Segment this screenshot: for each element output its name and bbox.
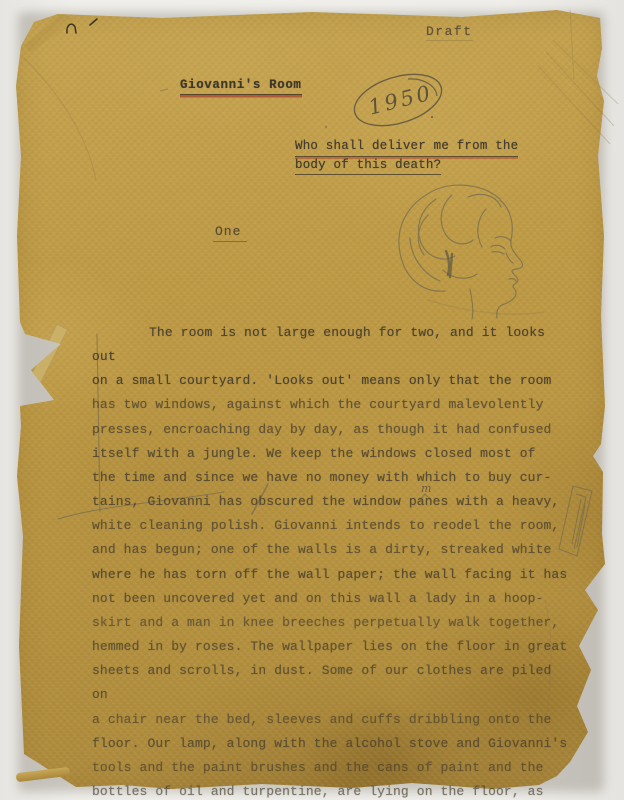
epigraph-line-2: body of this death? <box>295 157 441 176</box>
body-line: white cleaning polish. Giovanni intends … <box>92 514 570 538</box>
body-line: tools and the paint brushes and the cans… <box>92 756 570 780</box>
body-line: has two windows, against which the court… <box>92 393 570 417</box>
body-line: and has begun; one of the walls is a dir… <box>92 538 570 562</box>
manuscript-body: The room is not large enough for two, an… <box>92 321 570 800</box>
body-line: tains, Giovanni has obscured the window … <box>92 490 570 514</box>
body-line: hemmed in by roses. The wallpaper lies o… <box>92 635 570 659</box>
body-line: floor. Our lamp, along with the alcohol … <box>92 732 570 756</box>
body-line: The room is not large enough for two, an… <box>92 321 570 369</box>
body-line: a chair near the bed, sleeves and cuffs … <box>92 708 570 732</box>
epigraph: Who shall deliver me from the body of th… <box>295 138 518 175</box>
year-value: 1950 <box>366 80 435 119</box>
body-line: skirt and a man in knee breeches perpetu… <box>92 611 570 635</box>
draft-label: Draft <box>426 24 473 41</box>
body-line: not been uncovered yet and on this wall … <box>92 587 570 611</box>
page-title: Giovanni's Room <box>180 78 302 95</box>
body-line: the time and since we have no money with… <box>92 466 570 490</box>
body-line: on a small courtyard. 'Looks out' means … <box>92 369 570 393</box>
body-line: sheets and scrolls, in dust. Some of our… <box>92 659 570 707</box>
body-line: bottles of oil and turpentine, are lying… <box>92 780 570 800</box>
chapter-heading: One <box>213 224 247 242</box>
epigraph-line-1: Who shall deliver me from the <box>295 138 518 157</box>
body-line: itself with a jungle. We keep the window… <box>92 442 570 466</box>
body-line: where he has torn off the wall paper; th… <box>92 563 570 587</box>
scan-background: Draft Giovanni's Room Who shall deliver … <box>0 0 624 800</box>
year-annotation: 1950 <box>346 70 456 136</box>
body-line: presses, encroaching day by day, as thou… <box>92 418 570 442</box>
